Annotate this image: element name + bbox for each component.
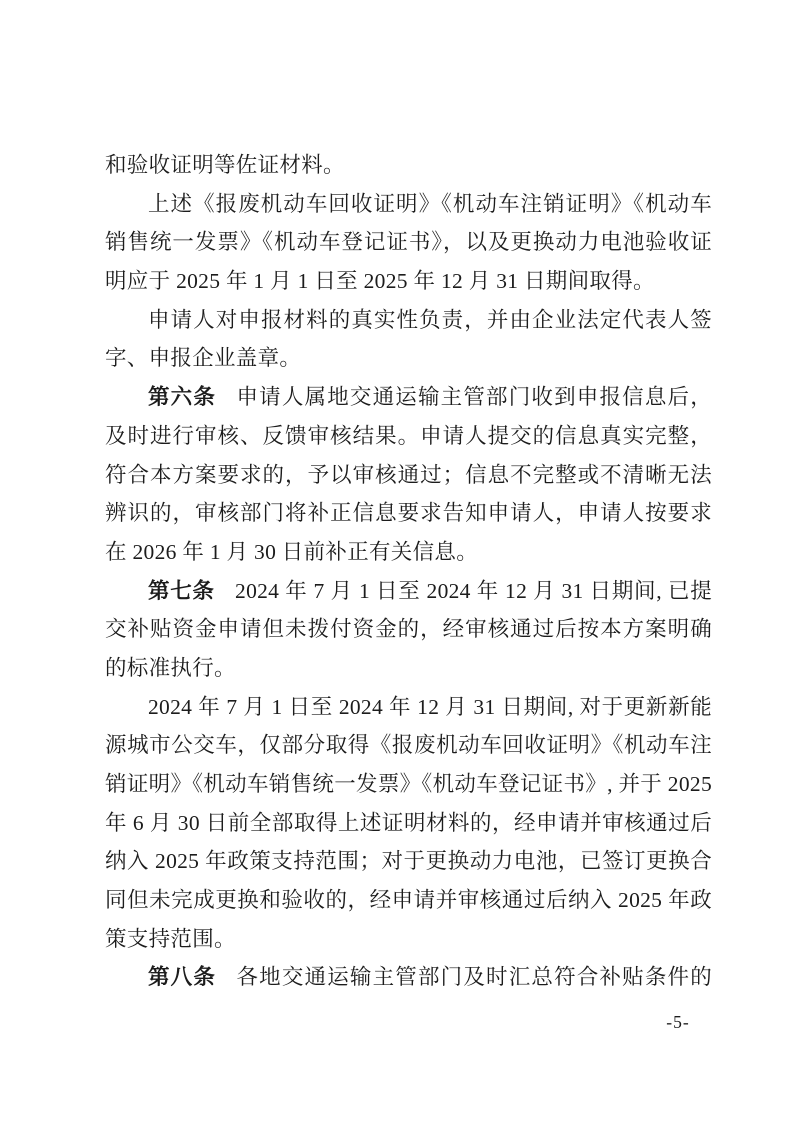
- line-text: 销证明》《机动车销售统一发票》《机动车登记证书》, 并于 2025: [105, 772, 712, 796]
- text-line: 符合本方案要求的，予以审核通过；信息不完整或不清晰无法: [105, 456, 712, 495]
- text-line: 策支持范围。: [105, 920, 712, 959]
- text-line: 及时进行审核、反馈审核结果。申请人提交的信息真实完整，: [105, 417, 712, 456]
- text-line: 销证明》《机动车销售统一发票》《机动车登记证书》, 并于 2025: [105, 765, 712, 804]
- line-text: 上述《报废机动车回收证明》《机动车注销证明》《机动车: [148, 192, 712, 216]
- line-text: 的标准执行。: [105, 656, 236, 680]
- text-line: 纳入 2025 年政策支持范围；对于更换动力电池，已签订更换合: [105, 842, 712, 881]
- line-text: 源城市公交车，仅部分取得《报废机动车回收证明》《机动车注: [105, 733, 712, 757]
- text-line: 辨识的，审核部门将补正信息要求告知申请人，申请人按要求: [105, 494, 712, 533]
- text-line: 和验收证明等佐证材料。: [105, 146, 712, 185]
- line-text: 2024 年 7 月 1 日至 2024 年 12 月 31 日期间, 已提: [235, 579, 712, 603]
- text-line: 交补贴资金申请但未拨付资金的，经审核通过后按本方案明确: [105, 610, 712, 649]
- document-page: 和验收证明等佐证材料。 上述《报废机动车回收证明》《机动车注销证明》《机动车 销…: [0, 0, 793, 1122]
- text-line: 第八条各地交通运输主管部门及时汇总符合补贴条件的: [105, 958, 712, 997]
- line-text: 字、申报企业盖章。: [105, 346, 301, 370]
- line-text: 各地交通运输主管部门及时汇总符合补贴条件的: [236, 965, 712, 989]
- line-text: 符合本方案要求的，予以审核通过；信息不完整或不清晰无法: [105, 463, 712, 487]
- line-text: 明应于 2025 年 1 月 1 日至 2025 年 12 月 31 日期间取得…: [105, 269, 655, 293]
- text-line: 2024 年 7 月 1 日至 2024 年 12 月 31 日期间, 对于更新…: [105, 688, 712, 727]
- line-text: 纳入 2025 年政策支持范围；对于更换动力电池，已签订更换合: [105, 849, 712, 873]
- line-text: 申请人对申报材料的真实性负责，并由企业法定代表人签: [148, 308, 712, 332]
- line-text: 申请人属地交通运输主管部门收到申报信息后，: [236, 385, 712, 409]
- line-text: 同但未完成更换和验收的，经申请并审核通过后纳入 2025 年政: [105, 888, 712, 912]
- line-text: 策支持范围。: [105, 927, 236, 951]
- line-text: 和验收证明等佐证材料。: [105, 153, 345, 177]
- text-line: 销售统一发票》《机动车登记证书》，以及更换动力电池验收证: [105, 223, 712, 262]
- line-text: 及时进行审核、反馈审核结果。申请人提交的信息真实完整，: [105, 424, 712, 448]
- line-text: 年 6 月 30 日前全部取得上述证明材料的，经申请并审核通过后: [105, 811, 712, 835]
- text-line: 年 6 月 30 日前全部取得上述证明材料的，经申请并审核通过后: [105, 804, 712, 843]
- article-number: 第六条: [148, 385, 216, 409]
- page-number: -5-: [645, 1010, 711, 1034]
- text-line: 第六条申请人属地交通运输主管部门收到申报信息后，: [105, 378, 712, 417]
- line-text: 在 2026 年 1 月 30 日前补正有关信息。: [105, 540, 478, 564]
- line-text: 辨识的，审核部门将补正信息要求告知申请人，申请人按要求: [105, 501, 712, 525]
- line-text: 2024 年 7 月 1 日至 2024 年 12 月 31 日期间, 对于更新…: [148, 695, 712, 719]
- line-text: 销售统一发票》《机动车登记证书》，以及更换动力电池验收证: [105, 230, 712, 254]
- article-number: 第八条: [148, 965, 216, 989]
- text-line: 源城市公交车，仅部分取得《报废机动车回收证明》《机动车注: [105, 726, 712, 765]
- article-number: 第七条: [148, 579, 215, 603]
- text-line: 同但未完成更换和验收的，经申请并审核通过后纳入 2025 年政: [105, 881, 712, 920]
- text-line: 申请人对申报材料的真实性负责，并由企业法定代表人签: [105, 301, 712, 340]
- text-line: 明应于 2025 年 1 月 1 日至 2025 年 12 月 31 日期间取得…: [105, 262, 712, 301]
- text-line: 上述《报废机动车回收证明》《机动车注销证明》《机动车: [105, 185, 712, 224]
- text-line: 第七条2024 年 7 月 1 日至 2024 年 12 月 31 日期间, 已…: [105, 572, 712, 611]
- document-body: 和验收证明等佐证材料。 上述《报废机动车回收证明》《机动车注销证明》《机动车 销…: [105, 146, 712, 997]
- line-text: 交补贴资金申请但未拨付资金的，经审核通过后按本方案明确: [105, 617, 712, 641]
- text-line: 的标准执行。: [105, 649, 712, 688]
- text-line: 在 2026 年 1 月 30 日前补正有关信息。: [105, 533, 712, 572]
- text-line: 字、申报企业盖章。: [105, 339, 712, 378]
